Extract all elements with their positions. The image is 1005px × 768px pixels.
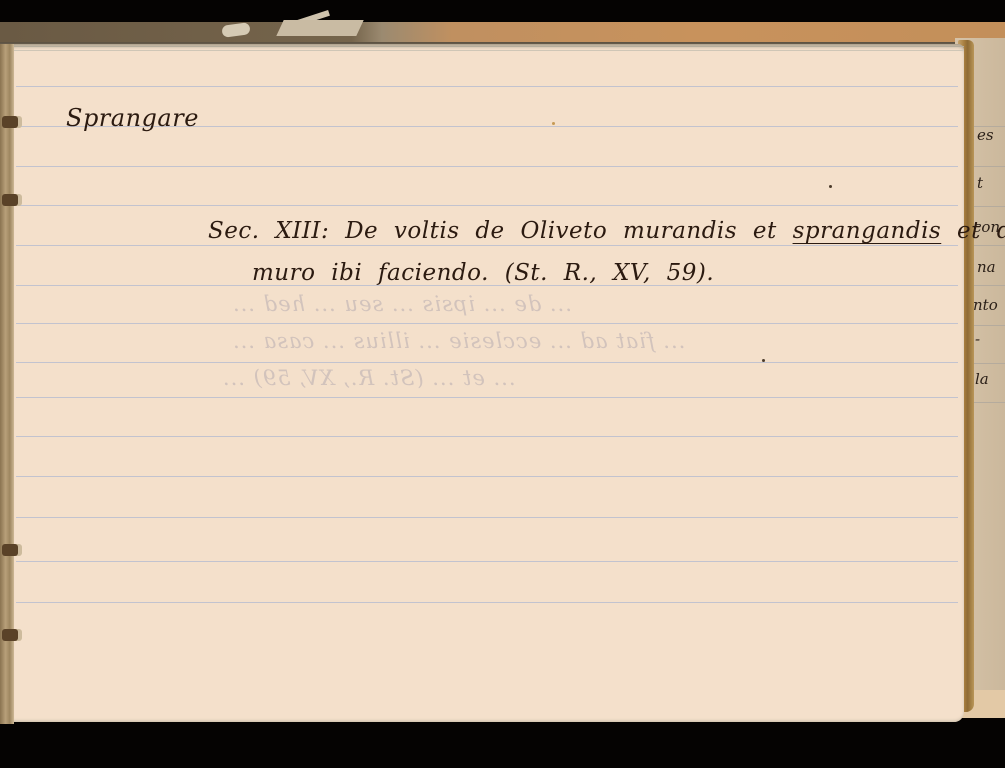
rule-line bbox=[16, 245, 958, 246]
rule-line bbox=[16, 436, 958, 437]
ink-speck bbox=[762, 359, 765, 362]
entry-text: De voltis de Oliveto murandis et bbox=[345, 218, 793, 244]
fragment-text: es bbox=[977, 126, 994, 144]
binding-ring bbox=[2, 544, 18, 556]
fragment-text: t bbox=[977, 174, 983, 192]
section-reference: Sec. XIII: bbox=[208, 218, 345, 244]
fragment-text: la bbox=[975, 370, 989, 388]
binding-ring bbox=[2, 116, 18, 128]
underlined-keyword: sprangandis bbox=[793, 218, 942, 244]
binding-ring bbox=[2, 194, 18, 206]
fragment-text: na bbox=[977, 258, 996, 276]
fragment-text: nto bbox=[973, 296, 998, 314]
binding-ring bbox=[2, 629, 18, 641]
paper-scrap bbox=[276, 20, 363, 36]
entry-line-1: Sec. XIII: De voltis de Oliveto murandis… bbox=[208, 218, 1005, 244]
rule-line bbox=[16, 397, 958, 398]
rule-line bbox=[16, 362, 958, 363]
rule-line bbox=[16, 517, 958, 518]
entry-line-2: muro ibi faciendo. (St. R., XV, 59). bbox=[252, 260, 714, 286]
bleed-through-text: ... et ... (St. R., XV, 59) ... bbox=[222, 366, 516, 390]
fragment-text: - bbox=[975, 330, 980, 348]
rule-line bbox=[16, 561, 958, 562]
notebook-page: ... de ... ipsis ... seu ... hed ... ...… bbox=[12, 44, 964, 722]
notebook-spine bbox=[0, 44, 14, 724]
entry-heading: Sprangare bbox=[66, 104, 199, 132]
notebook-top-binding bbox=[0, 22, 1005, 44]
entry-text: et de bbox=[941, 218, 1005, 244]
bleed-through-text: ... de ... ipsis ... seu ... hed ... bbox=[232, 292, 572, 316]
paper-speck bbox=[552, 122, 555, 125]
bleed-through-text: ... fiat ad ... ecclesie ... illius ... … bbox=[232, 329, 685, 353]
rule-line bbox=[16, 476, 958, 477]
rule-line bbox=[16, 86, 958, 87]
rule-line bbox=[16, 602, 958, 603]
rule-line bbox=[16, 205, 958, 206]
rule-line bbox=[16, 166, 958, 167]
ink-speck bbox=[829, 185, 832, 188]
rule-line bbox=[16, 323, 958, 324]
